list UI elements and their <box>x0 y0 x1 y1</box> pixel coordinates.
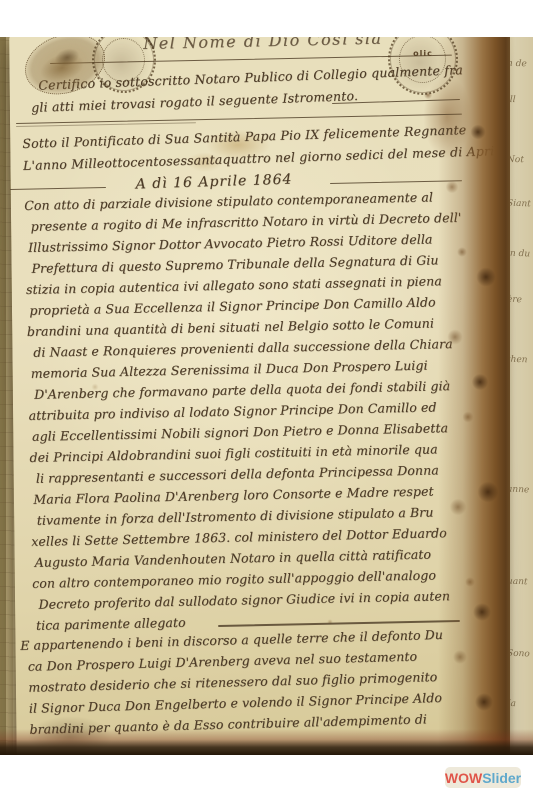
margin-text-fragment: Sono <box>507 649 530 660</box>
margin-text-fragment: Siant <box>507 199 531 210</box>
photo-bottom-shadow <box>0 729 533 755</box>
margin-text-fragment: uant <box>507 577 528 588</box>
margin-text-fragment: ère <box>507 295 522 306</box>
screenshot-stage: n de ill Not Siant in du ère then anne u… <box>0 0 533 800</box>
closing-paragraph: E appartenendo i beni in discorso a quel… <box>20 624 445 740</box>
margin-text-fragment: then <box>507 355 528 366</box>
manuscript-photo: n de ill Not Siant in du ère then anne u… <box>0 37 533 755</box>
deed-body-paragraph: Con atto di parziale divisione stipulato… <box>24 186 470 636</box>
wowslider-watermark[interactable]: WOWSlider <box>445 767 521 788</box>
watermark-word-red: WOW <box>445 770 482 786</box>
margin-text-fragment: n de <box>507 59 527 70</box>
margin-text-fragment: anne <box>507 485 530 496</box>
margin-text-fragment: ill <box>507 95 516 105</box>
watermark-word-blue: Slider <box>482 770 521 786</box>
margin-text-fragment: in du <box>507 249 530 260</box>
margin-text-fragment: Ja <box>507 699 516 709</box>
margin-text-fragment: Not <box>507 155 524 166</box>
stamp-text: olic <box>390 49 456 58</box>
